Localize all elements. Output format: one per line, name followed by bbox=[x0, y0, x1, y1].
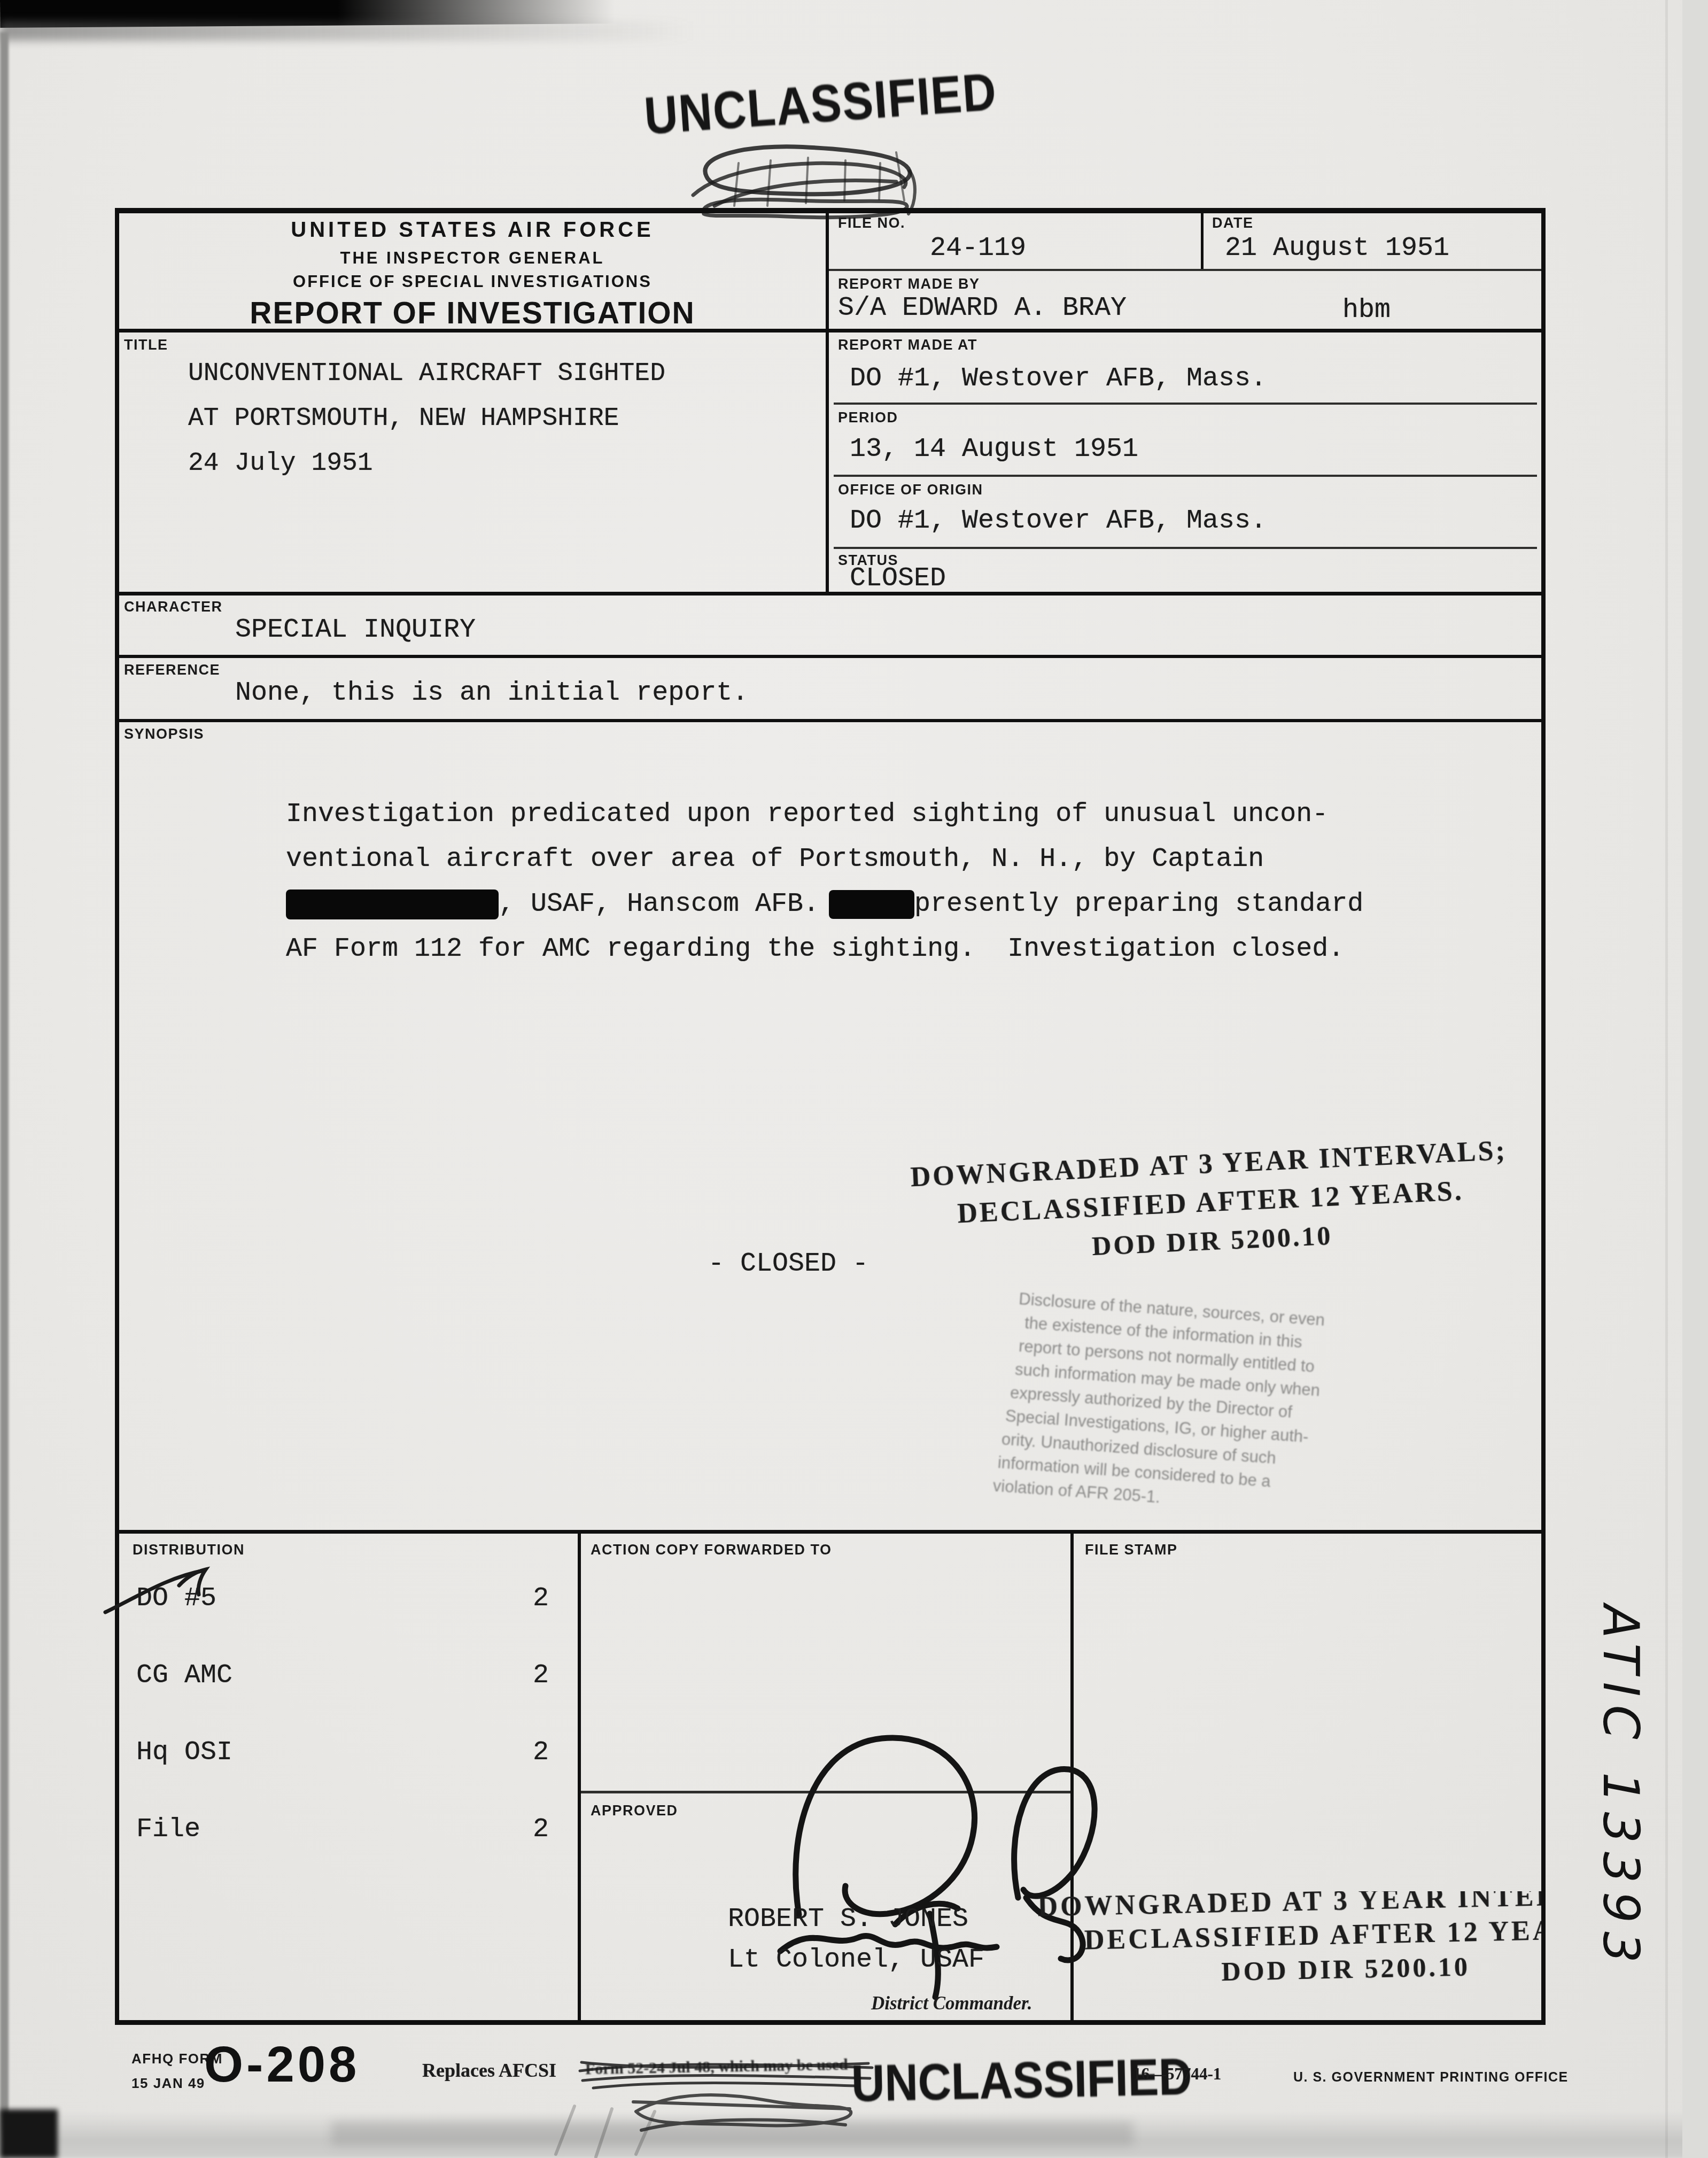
approved-label: APPROVED bbox=[591, 1803, 678, 1819]
replaces-text: Replaces AFCSI bbox=[422, 2059, 556, 2082]
agency-office-line2: OFFICE OF SPECIAL INVESTIGATIONS bbox=[119, 272, 826, 291]
title-line1: UNCONVENTIONAL AIRCRAFT SIGHTED bbox=[188, 359, 665, 388]
rule-office-of-origin bbox=[834, 547, 1537, 549]
rule-reference-bottom bbox=[115, 719, 1545, 722]
date-label: DATE bbox=[1212, 215, 1254, 231]
form-id-line2: 15 JAN 49 bbox=[131, 2075, 205, 2092]
title-label: TITLE bbox=[124, 337, 168, 353]
title-line2: AT PORTSMOUTH, NEW HAMPSHIRE bbox=[188, 404, 619, 433]
margin-note-atic-number: ATIC 13393 bbox=[1592, 1605, 1649, 1971]
office-of-origin-value: DO #1, Westover AFB, Mass. bbox=[850, 506, 1267, 536]
file-no-value: 24-119 bbox=[930, 233, 1026, 264]
reference-label: REFERENCE bbox=[124, 662, 220, 678]
character-value: SPECIAL INQUIRY bbox=[235, 615, 476, 645]
distribution-row: CG AMC 2 bbox=[136, 1660, 549, 1691]
distribution-copies: 2 bbox=[533, 1737, 549, 1768]
report-made-by-value: S/A EDWARD A. BRAY bbox=[838, 293, 1127, 323]
distribution-name: CG AMC bbox=[136, 1660, 232, 1691]
synopsis-line3-mid: , USAF, Hanscom AFB. bbox=[499, 882, 819, 927]
synopsis-line4: AF Form 112 for AMC regarding the sighti… bbox=[286, 927, 1435, 972]
synopsis-line2: ventional aircraft over area of Portsmou… bbox=[286, 837, 1435, 882]
synopsis-line3: , USAF, Hanscom AFB.presently preparing … bbox=[286, 882, 1435, 927]
downgrade-stamp-lower-clip: DOWNGRADED AT 3 YEAR INTERVALS; DECLASSI… bbox=[981, 1891, 1541, 2009]
printer-name: U. S. GOVERNMENT PRINTING OFFICE bbox=[1293, 2070, 1569, 2085]
downgrade-stamp-upper: DOWNGRADED AT 3 YEAR INTERVALS; DECLASSI… bbox=[874, 1130, 1547, 1274]
distribution-copies: 2 bbox=[533, 1660, 549, 1691]
rule-period bbox=[834, 475, 1537, 477]
form-border-bottom bbox=[115, 2020, 1545, 2025]
scan-edge-left-strip bbox=[0, 32, 9, 2158]
file-stamp-label: FILE STAMP bbox=[1085, 1542, 1178, 1558]
distribution-row: Hq OSI 2 bbox=[136, 1737, 549, 1768]
title-line3: 24 July 1951 bbox=[188, 449, 373, 478]
report-made-at-label: REPORT MADE AT bbox=[838, 337, 977, 353]
date-value: 21 August 1951 bbox=[1225, 233, 1449, 264]
rule-synopsis-bottom bbox=[115, 1530, 1545, 1534]
disclosure-stamp: Disclosure of the nature, sources, or ev… bbox=[1005, 1287, 1325, 1520]
distribution-copies: 2 bbox=[533, 1814, 549, 1845]
print-code: 16—57744-1 bbox=[1133, 2064, 1221, 2084]
agency-name: UNITED STATES AIR FORCE bbox=[119, 218, 826, 242]
approver-rank: Lt Colonel, USAF bbox=[728, 1945, 984, 1975]
distribution-row: File 2 bbox=[136, 1814, 549, 1845]
distribution-copies: 2 bbox=[533, 1583, 549, 1614]
reference-value: None, this is an initial report. bbox=[235, 678, 748, 708]
approver-name: ROBERT S. JONES bbox=[728, 1904, 968, 1935]
form-border-right bbox=[1541, 208, 1546, 2025]
divider-fileno-date bbox=[1201, 211, 1204, 271]
character-label: CHARACTER bbox=[124, 599, 223, 615]
status-value: CLOSED bbox=[850, 563, 946, 594]
action-copy-label: ACTION COPY FORWARDED TO bbox=[591, 1542, 832, 1558]
report-made-by-initials: hbm bbox=[1342, 295, 1391, 326]
form-number: O-208 bbox=[204, 2036, 360, 2093]
handwritten-checkmark bbox=[99, 1544, 211, 1624]
scan-crease-right bbox=[1665, 0, 1668, 2158]
distribution-name: Hq OSI bbox=[136, 1737, 232, 1768]
rule-report-made-at bbox=[834, 403, 1537, 405]
synopsis-label: SYNOPSIS bbox=[124, 726, 204, 742]
divider-distribution-action bbox=[578, 1534, 581, 2020]
scan-corner-bottom-left-blob bbox=[0, 2109, 58, 2158]
synopsis-line1: Investigation predicated upon reported s… bbox=[286, 792, 1435, 837]
distribution-name: File bbox=[136, 1814, 200, 1845]
agency-header-block: UNITED STATES AIR FORCE THE INSPECTOR GE… bbox=[119, 218, 826, 331]
form-title: REPORT OF INVESTIGATION bbox=[119, 296, 826, 331]
scan-edge-right-strip bbox=[1682, 0, 1708, 2158]
office-of-origin-label: OFFICE OF ORIGIN bbox=[838, 482, 983, 498]
synopsis-line3-end: presently preparing standard bbox=[914, 882, 1363, 927]
closed-note: - CLOSED - bbox=[708, 1249, 868, 1279]
period-value: 13, 14 August 1951 bbox=[850, 434, 1138, 465]
rule-under-fileno-date bbox=[829, 269, 1541, 271]
synopsis-paragraph: Investigation predicated upon reported s… bbox=[286, 792, 1435, 972]
scan-edge-top-shadow bbox=[0, 21, 695, 41]
redaction-bar-name bbox=[286, 890, 499, 919]
form-border-left bbox=[115, 208, 119, 2025]
pencil-smudges bbox=[545, 2101, 684, 2158]
redaction-bar-pronoun bbox=[829, 890, 914, 919]
agency-office-line1: THE INSPECTOR GENERAL bbox=[119, 249, 826, 268]
rule-character-bottom bbox=[115, 655, 1545, 658]
scanned-document-page: UNCLASSIFIED UNITED STATES AIR FORCE THE… bbox=[0, 0, 1708, 2158]
period-label: PERIOD bbox=[838, 409, 898, 426]
downgrade-stamp-lower: DOWNGRADED AT 3 YEAR INTERVALS; DECLASSI… bbox=[997, 1891, 1541, 1993]
form-border-top bbox=[115, 208, 1545, 213]
file-no-label: FILE NO. bbox=[838, 215, 905, 231]
report-made-at-value: DO #1, Westover AFB, Mass. bbox=[850, 363, 1267, 394]
report-made-by-label: REPORT MADE BY bbox=[838, 276, 980, 292]
rule-title-row-bottom bbox=[115, 592, 1545, 595]
